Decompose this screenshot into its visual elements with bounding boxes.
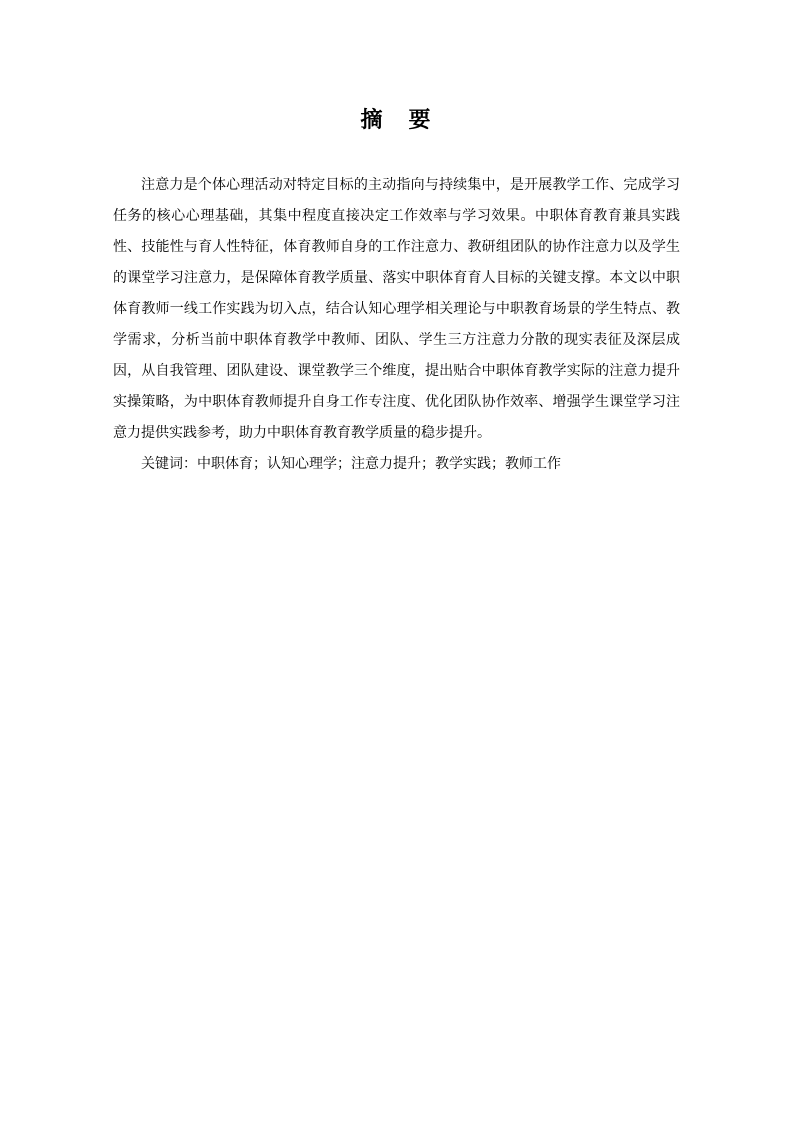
keywords-text: 中职体育；认知心理学；注意力提升；教学实践；教师工作 [197, 457, 561, 472]
document-page: 摘 要 注意力是个体心理活动对特定目标的主动指向与持续集中，是开展教学工作、完成… [0, 0, 793, 1122]
keywords-line: 关键词：中职体育；认知心理学；注意力提升；教学实践；教师工作 [113, 449, 680, 480]
keywords-label: 关键词： [141, 457, 197, 472]
abstract-paragraph: 注意力是个体心理活动对特定目标的主动指向与持续集中，是开展教学工作、完成学习任务… [113, 170, 680, 449]
abstract-title: 摘 要 [113, 106, 680, 134]
